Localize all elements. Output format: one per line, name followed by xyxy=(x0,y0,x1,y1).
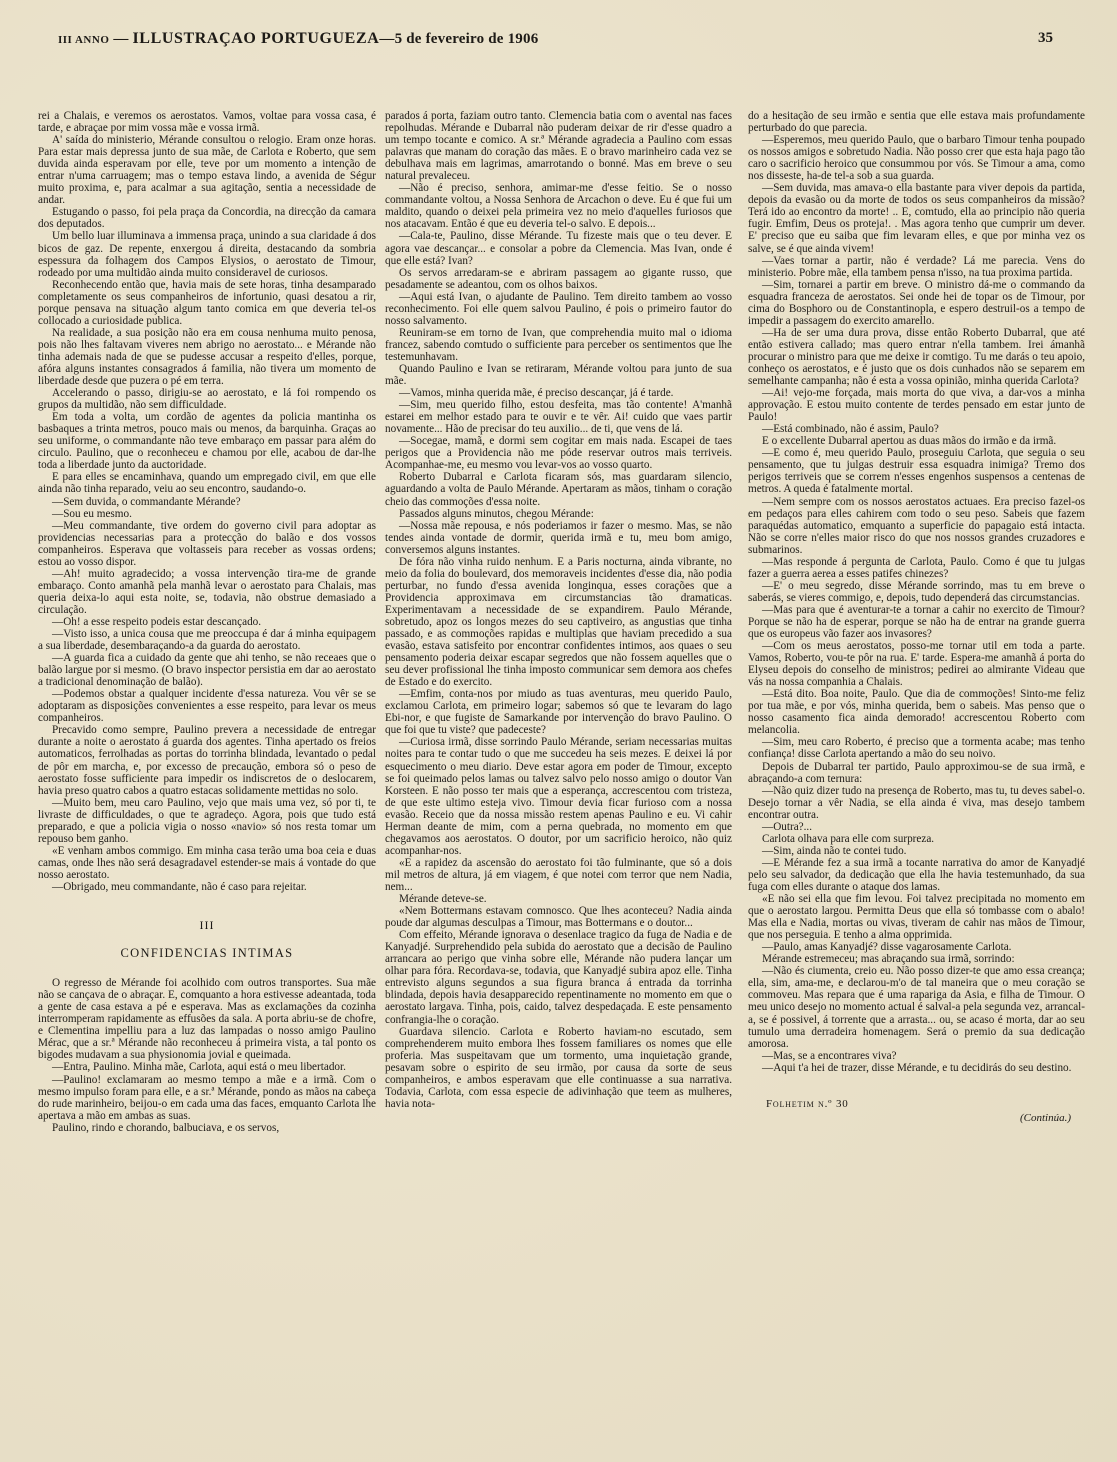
serial-footer: Folhetim n.º 30 (Continúa.) xyxy=(748,1098,1085,1118)
paragraph: Reuniram-se em torno de Ivan, que compre… xyxy=(385,327,732,363)
paragraph: parados á porta, faziam outro tanto. Cle… xyxy=(385,110,732,182)
issue-date: —5 de fevereiro de 1906 xyxy=(379,31,538,47)
paragraph: Estugando o passo, foi pela praça da Con… xyxy=(38,206,376,230)
paragraph: —Mas, se a encontrares viva? xyxy=(748,1050,1085,1062)
section-number: III xyxy=(38,919,376,931)
paragraph: —Mas para que é aventurar-te a tornar a … xyxy=(748,604,1085,640)
paragraph: Precavido como sempre, Paulino prevera a… xyxy=(38,724,376,796)
volume-label: III ANNO xyxy=(58,34,109,46)
paragraph: —E como é, meu querido Paulo, proseguiu … xyxy=(748,447,1085,495)
paragraph: —E Mérande fez a sua irmã a tocante narr… xyxy=(748,857,1085,893)
col2-text: parados á porta, faziam outro tanto. Cle… xyxy=(385,110,732,1110)
paragraph: —Oh! a esse respeito podeis estar descan… xyxy=(38,616,376,628)
paragraph: «E não sei ella que fim levou. Foi talve… xyxy=(748,893,1085,941)
paragraph: —Podemos obstar a qualquer incidente d'e… xyxy=(38,688,376,724)
paragraph: do a hesitação de seu irmão e sentia que… xyxy=(748,110,1085,134)
paragraph: Na realidade, a sua posição não era em c… xyxy=(38,327,376,387)
paragraph: —A guarda fica a cuidado da gente que ah… xyxy=(38,652,376,688)
paragraph: Carlota olhava para elle com surpreza. xyxy=(748,833,1085,845)
paragraph: —Sim, ainda não te contei tudo. xyxy=(748,845,1085,857)
paragraph: —Cala-te, Paulino, disse Mérande. Tu fiz… xyxy=(385,230,732,266)
paragraph: —Curiosa irmã, disse sorrindo Paulo Méra… xyxy=(385,736,732,856)
paragraph: —Meu commandante, tive ordem do governo … xyxy=(38,520,376,568)
paragraph: Mérande deteve-se. xyxy=(385,893,732,905)
paragraph: —Não é preciso, senhora, amimar-me d'ess… xyxy=(385,182,732,230)
paragraph: Um bello luar illuminava a immensa praça… xyxy=(38,230,376,278)
paragraph: Mérande estremeceu; mas abraçando sua ir… xyxy=(748,953,1085,965)
paragraph: —Entra, Paulino. Minha mãe, Carlota, aqu… xyxy=(38,1061,376,1073)
paragraph: —Ai! vejo-me forçada, mais morta do que … xyxy=(748,387,1085,423)
paragraph: —Sim, meu caro Roberto, é preciso que a … xyxy=(748,736,1085,760)
paragraph: Guardava silencio. Carlota e Roberto hav… xyxy=(385,1026,732,1110)
paragraph: —Aqui t'a hei de trazer, disse Mérande, … xyxy=(748,1062,1085,1074)
paragraph: —Sim, tornarei a partir em breve. O mini… xyxy=(748,279,1085,327)
paragraph: Accelerando o passo, dirigiu-se ao aeros… xyxy=(38,387,376,411)
paragraph: Passados alguns minutos, chegou Mérande: xyxy=(385,508,732,520)
paragraph: —Socegae, mamã, e dormi sem cogitar em m… xyxy=(385,435,732,471)
publication-title: ILLUSTRAÇAO PORTUGUEZA xyxy=(132,30,379,47)
paragraph: —Nem sempre com os nossos aerostatos act… xyxy=(748,496,1085,556)
paragraph: —Não quiz dizer tudo na presença de Robe… xyxy=(748,785,1085,821)
folhetim-number: Folhetim n.º 30 xyxy=(766,1098,849,1110)
paragraph: «E a rapidez da ascensão do aerostato fo… xyxy=(385,857,732,893)
paragraph: Os servos arredaram-se e abriram passage… xyxy=(385,267,732,291)
paragraph: —Emfim, conta-nos por miudo as tuas aven… xyxy=(385,688,732,736)
continued-note: (Continúa.) xyxy=(1020,1112,1071,1124)
paragraph: De fóra não vinha ruido nenhum. E a Pari… xyxy=(385,556,732,689)
paragraph: —Nossa mãe repousa, e nós poderiamos ir … xyxy=(385,520,732,556)
paragraph: —Não és ciumenta, creio eu. Não posso di… xyxy=(748,965,1085,1049)
paragraph: —Paulino! exclamaram ao mesmo tempo a mã… xyxy=(38,1074,376,1122)
paragraph: —Muito bem, meu caro Paulino, vejo que m… xyxy=(38,797,376,845)
paragraph: O regresso de Mérande foi acolhido com o… xyxy=(38,977,376,1061)
paragraph: Roberto Dubarral e Carlota ficaram sós, … xyxy=(385,471,732,507)
col1-text-before: rei a Chalais, e veremos os aerostatos. … xyxy=(38,110,376,893)
paragraph: «E venham ambos commigo. Em minha casa t… xyxy=(38,845,376,881)
col3-text: do a hesitação de seu irmão e sentia que… xyxy=(748,110,1085,1074)
paragraph: —E' o meu segredo, disse Mérande sorrind… xyxy=(748,580,1085,604)
column-1: rei a Chalais, e veremos os aerostatos. … xyxy=(38,110,376,1134)
title-dash: — xyxy=(109,31,132,47)
paragraph: —Está combinado, não é assim, Paulo? xyxy=(748,423,1085,435)
section-title: CONFIDENCIAS INTIMAS xyxy=(38,947,376,959)
paragraph: —Sem duvida, o commandante Mérande? xyxy=(38,496,376,508)
paragraph: —Sim, meu querido filho, estou desfeita,… xyxy=(385,399,732,435)
column-2: parados á porta, faziam outro tanto. Cle… xyxy=(385,110,732,1110)
paragraph: —Esperemos, meu querido Paulo, que o bar… xyxy=(748,134,1085,182)
paragraph: —Paulo, amas Kanyadjé? disse vagarosamen… xyxy=(748,941,1085,953)
paragraph: A' saída do ministerio, Mérande consulto… xyxy=(38,134,376,206)
paragraph: —Vaes tornar a partir, não é verdade? Lá… xyxy=(748,255,1085,279)
column-3: do a hesitação de seu irmão e sentia que… xyxy=(748,110,1085,1118)
running-title: III ANNO — ILLUSTRAÇAO PORTUGUEZA—5 de f… xyxy=(58,30,538,48)
paragraph: —Sem duvida, mas amava-o ella bastante p… xyxy=(748,182,1085,254)
paragraph: —Obrigado, meu commandante, não é caso p… xyxy=(38,881,376,893)
paragraph: —Com os meus aerostatos, posso-me tornar… xyxy=(748,640,1085,688)
paragraph: —Ah! muito agradecido; a vossa intervenç… xyxy=(38,568,376,616)
paragraph: Depois de Dubarral ter partido, Paulo ap… xyxy=(748,761,1085,785)
paragraph: «Nem Bottermans estavam comnosco. Que lh… xyxy=(385,905,732,929)
running-header: III ANNO — ILLUSTRAÇAO PORTUGUEZA—5 de f… xyxy=(0,24,1117,54)
paragraph: E o excellente Dubarral apertou as duas … xyxy=(748,435,1085,447)
paragraph: rei a Chalais, e veremos os aerostatos. … xyxy=(38,110,376,134)
paragraph: —Sou eu mesmo. xyxy=(38,508,376,520)
paragraph: Paulino, rindo e chorando, balbuciava, e… xyxy=(38,1122,376,1134)
paragraph: —Visto isso, a unica cousa que me preocc… xyxy=(38,628,376,652)
paragraph: Quando Paulino e Ivan se retiraram, Méra… xyxy=(385,363,732,387)
page-number: 35 xyxy=(1038,30,1053,47)
paragraph: —Mas responde á pergunta de Carlota, Pau… xyxy=(748,556,1085,580)
col1-text-after: O regresso de Mérande foi acolhido com o… xyxy=(38,977,376,1134)
paragraph: E para elles se encaminhava, quando um e… xyxy=(38,471,376,495)
paragraph: —Vamos, minha querida mãe, é preciso des… xyxy=(385,387,732,399)
paragraph: Reconhecendo então que, havia mais de se… xyxy=(38,279,376,327)
paragraph: —Aqui está Ivan, o ajudante de Paulino. … xyxy=(385,291,732,327)
paragraph: —Outra?... xyxy=(748,821,1085,833)
paragraph: Em toda a volta, um cordão de agentes da… xyxy=(38,411,376,471)
paragraph: Com effeito, Mérande ignorava o desenlac… xyxy=(385,929,732,1025)
paragraph: —Está dito. Boa noite, Paulo. Que dia de… xyxy=(748,688,1085,736)
paragraph: —Ha de ser uma dura prova, disse então R… xyxy=(748,327,1085,387)
